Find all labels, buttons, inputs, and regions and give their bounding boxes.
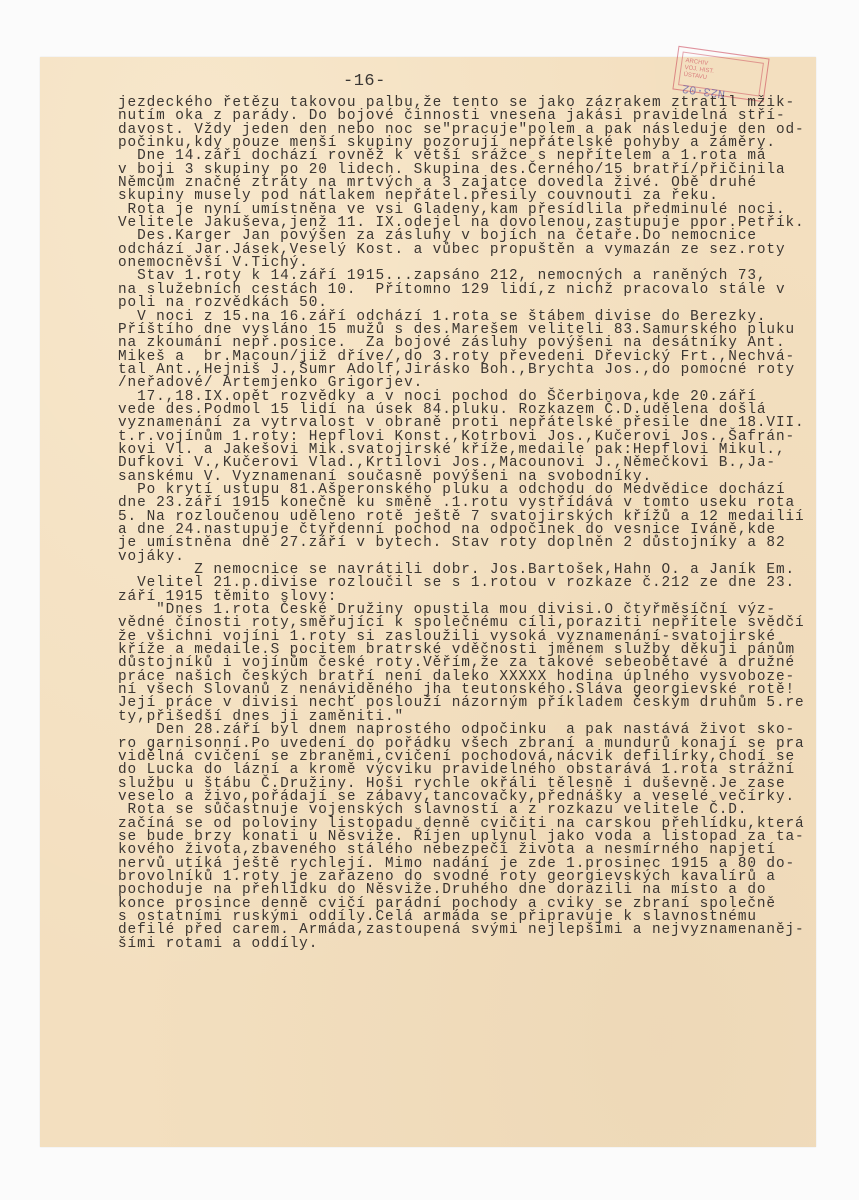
archive-stamp-text: ARCHIV VOJ. HIST. ÚSTAVU [683, 58, 715, 83]
text-line: je umístněna dně 27.září v bytech. Stav … [118, 537, 798, 550]
text-line: šími rotami a oddíly. [118, 938, 798, 951]
typewritten-body-text: jezdeckého řetězu takovou palbu,že tento… [118, 97, 798, 951]
page-number: -16- [343, 72, 386, 91]
